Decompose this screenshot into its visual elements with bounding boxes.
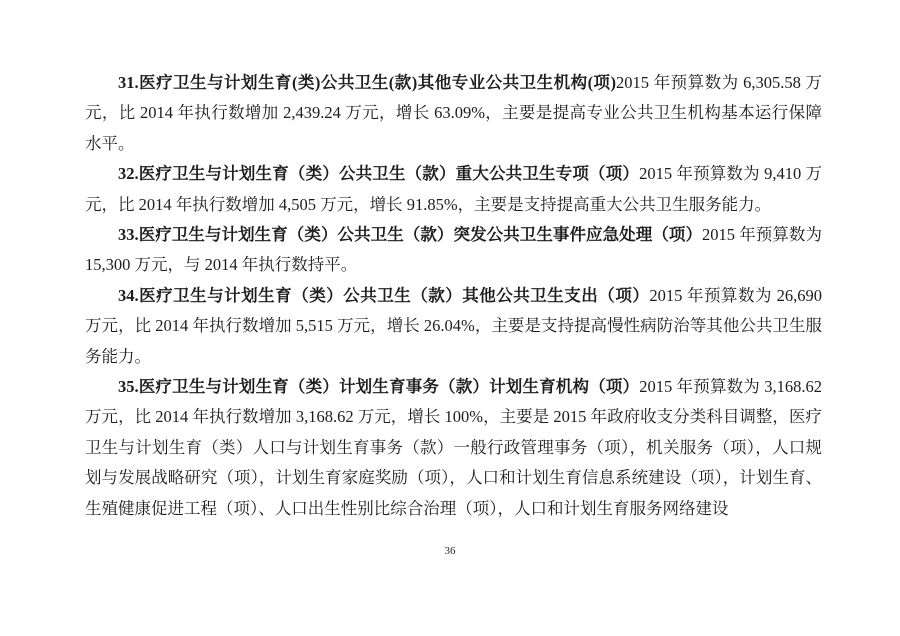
document-page: 31.医疗卫生与计划生育(类)公共卫生(款)其他专业公共卫生机构(项)2015 … [0,0,900,636]
budget-item-33: 33.医疗卫生与计划生育（类）公共卫生（款）突发公共卫生事件应急处理（项）201… [85,220,822,281]
budget-item-31-heading: 31.医疗卫生与计划生育(类)公共卫生(款)其他专业公共卫生机构(项) [118,73,616,92]
budget-item-34: 34.医疗卫生与计划生育（类）公共卫生（款）其他公共卫生支出（项）2015 年预… [85,281,822,372]
budget-item-35-heading: 35.医疗卫生与计划生育（类）计划生育事务（款）计划生育机构（项） [118,377,639,396]
budget-item-32-heading: 32.医疗卫生与计划生育（类）公共卫生（款）重大公共卫生专项（项） [118,164,639,183]
budget-item-33-heading: 33.医疗卫生与计划生育（类）公共卫生（款）突发公共卫生事件应急处理（项） [118,225,702,244]
budget-item-31: 31.医疗卫生与计划生育(类)公共卫生(款)其他专业公共卫生机构(项)2015 … [85,68,822,159]
document-content: 31.医疗卫生与计划生育(类)公共卫生(款)其他专业公共卫生机构(项)2015 … [85,68,822,524]
budget-item-35: 35.医疗卫生与计划生育（类）计划生育事务（款）计划生育机构（项）2015 年预… [85,372,822,524]
budget-item-32: 32.医疗卫生与计划生育（类）公共卫生（款）重大公共卫生专项（项）2015 年预… [85,159,822,220]
budget-item-35-body: 2015 年预算数为 3,168.62 万元，比 2014 年执行数增加 3,1… [85,377,822,518]
budget-item-34-heading: 34.医疗卫生与计划生育（类）公共卫生（款）其他公共卫生支出（项） [118,286,649,305]
page-number: 36 [0,545,900,557]
